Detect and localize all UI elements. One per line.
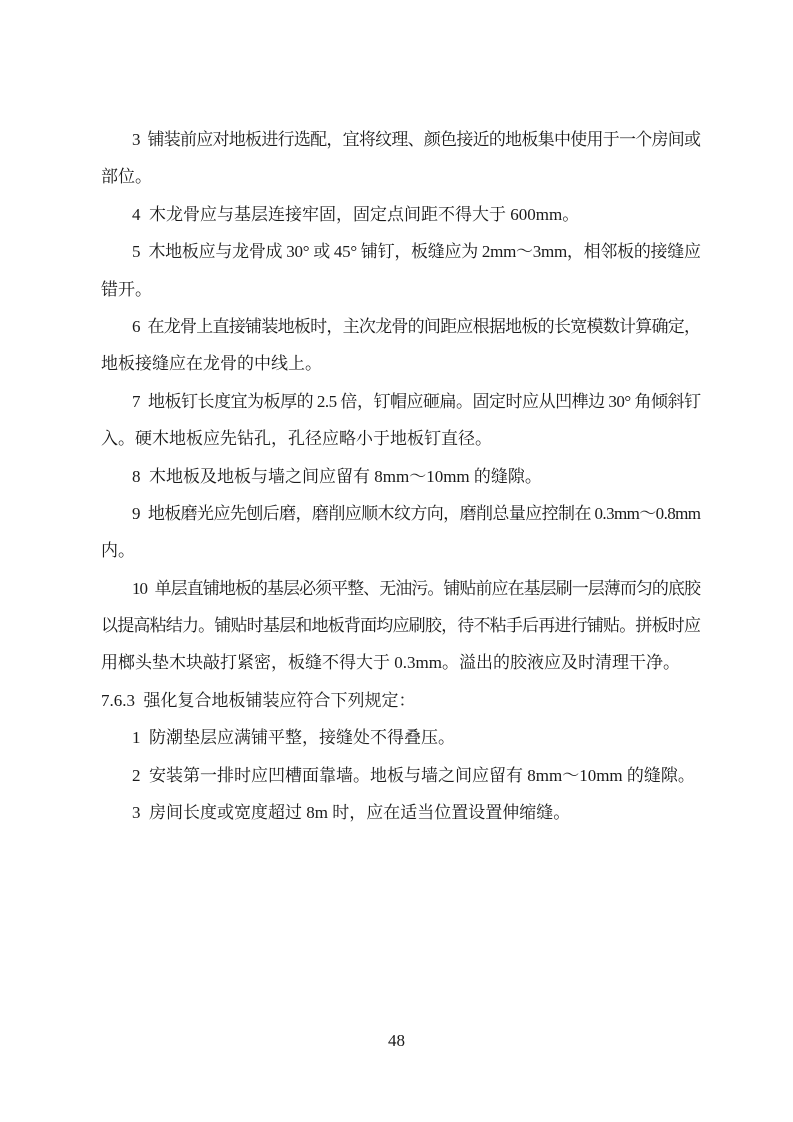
clause-7.6.2-item5-line1: 5 木地板应与龙骨成 30° 或 45° 铺钉，板缝应为 2mm～3mm，相邻板… [101, 233, 701, 270]
document-body: 3 铺装前应对地板进行选配，宜将纹理、颜色接近的地板集中使用于一个房间或部位。4… [101, 121, 701, 831]
clause-7.6.2-item10-line1: 10 单层直铺地板的基层必须平整、无油污。铺贴前应在基层刷一层薄而匀的底胶 [101, 570, 701, 607]
section-heading-7.6.3: 7.6.3 强化复合地板铺装应符合下列规定： [101, 682, 701, 719]
text-line-content: 3 房间长度或宽度超过 8m 时，应在适当位置设置伸缩缝。 [132, 803, 570, 822]
document-page: 3 铺装前应对地板进行选配，宜将纹理、颜色接近的地板集中使用于一个房间或部位。4… [0, 0, 793, 1122]
text-line-content: 以提高粘结力。铺贴时基层和地板背面均应刷胶，待不粘手后再进行铺贴。拼板时应 [101, 616, 700, 635]
text-line-content: 内。 [101, 541, 135, 560]
text-line-content: 3 铺装前应对地板进行选配，宜将纹理、颜色接近的地板集中使用于一个房间或 [132, 130, 700, 149]
clause-7.6.2-item9-line1: 9 地板磨光应先刨后磨，磨削应顺木纹方向，磨削总量应控制在 0.3mm～0.8m… [101, 495, 701, 532]
clause-7.6.2-item7-line2: 入。硬木地板应先钻孔，孔径应略小于地板钉直径。 [101, 420, 701, 457]
clause-7.6.2-item3-line2: 部位。 [101, 158, 701, 195]
clause-7.6.2-item3-line1: 3 铺装前应对地板进行选配，宜将纹理、颜色接近的地板集中使用于一个房间或 [101, 121, 701, 158]
text-line-content: 10 单层直铺地板的基层必须平整、无油污。铺贴前应在基层刷一层薄而匀的底胶 [132, 579, 700, 598]
clause-7.6.3-item3: 3 房间长度或宽度超过 8m 时，应在适当位置设置伸缩缝。 [101, 794, 701, 831]
clause-7.6.2-item7-line1: 7 地板钉长度宜为板厚的 2.5 倍，钉帽应砸扁。固定时应从凹榫边 30° 角倾… [101, 383, 701, 420]
text-line-content: 4 木龙骨应与基层连接牢固，固定点间距不得大于 600mm。 [132, 205, 579, 224]
clause-7.6.2-item5-line2: 错开。 [101, 271, 701, 308]
text-line-content: 用榔头垫木块敲打紧密，板缝不得大于 0.3mm。溢出的胶液应及时清理干净。 [101, 653, 680, 672]
clause-7.6.3-item2: 2 安装第一排时应凹槽面靠墙。地板与墙之间应留有 8mm～10mm 的缝隙。 [101, 757, 701, 794]
text-line-content: 错开。 [101, 280, 152, 299]
clause-7.6.2-item10-line2: 以提高粘结力。铺贴时基层和地板背面均应刷胶，待不粘手后再进行铺贴。拼板时应 [101, 607, 701, 644]
clause-7.6.2-item6-line1: 6 在龙骨上直接铺装地板时，主次龙骨的间距应根据地板的长宽模数计算确定， [101, 308, 701, 345]
text-line-content: 地板接缝应在龙骨的中线上。 [101, 354, 322, 373]
clause-7.6.2-item9-line2: 内。 [101, 532, 701, 569]
text-line-content: 2 安装第一排时应凹槽面靠墙。地板与墙之间应留有 8mm～10mm 的缝隙。 [132, 766, 695, 785]
text-line-content: 部位。 [101, 167, 152, 186]
text-line-content: 6 在龙骨上直接铺装地板时，主次龙骨的间距应根据地板的长宽模数计算确定， [132, 317, 700, 336]
text-line-content: 8 木地板及地板与墙之间应留有 8mm～10mm 的缝隙。 [132, 467, 542, 486]
text-line-content: 7.6.3 强化复合地板铺装应符合下列规定： [101, 691, 416, 710]
page-number: 48 [0, 1022, 793, 1059]
text-line-content: 入。硬木地板应先钻孔，孔径应略小于地板钉直径。 [101, 429, 492, 448]
text-line-content: 7 地板钉长度宜为板厚的 2.5 倍，钉帽应砸扁。固定时应从凹榫边 30° 角倾… [132, 392, 701, 411]
clause-7.6.3-item1: 1 防潮垫层应满铺平整，接缝处不得叠压。 [101, 719, 701, 756]
clause-7.6.2-item4: 4 木龙骨应与基层连接牢固，固定点间距不得大于 600mm。 [101, 196, 701, 233]
clause-7.6.2-item8: 8 木地板及地板与墙之间应留有 8mm～10mm 的缝隙。 [101, 458, 701, 495]
text-line-content: 1 防潮垫层应满铺平整，接缝处不得叠压。 [132, 728, 455, 747]
clause-7.6.2-item10-line3: 用榔头垫木块敲打紧密，板缝不得大于 0.3mm。溢出的胶液应及时清理干净。 [101, 644, 701, 681]
text-line-content: 5 木地板应与龙骨成 30° 或 45° 铺钉，板缝应为 2mm～3mm，相邻板… [132, 242, 701, 261]
text-line-content: 9 地板磨光应先刨后磨，磨削应顺木纹方向，磨削总量应控制在 0.3mm～0.8m… [132, 504, 700, 523]
clause-7.6.2-item6-line2: 地板接缝应在龙骨的中线上。 [101, 345, 701, 382]
